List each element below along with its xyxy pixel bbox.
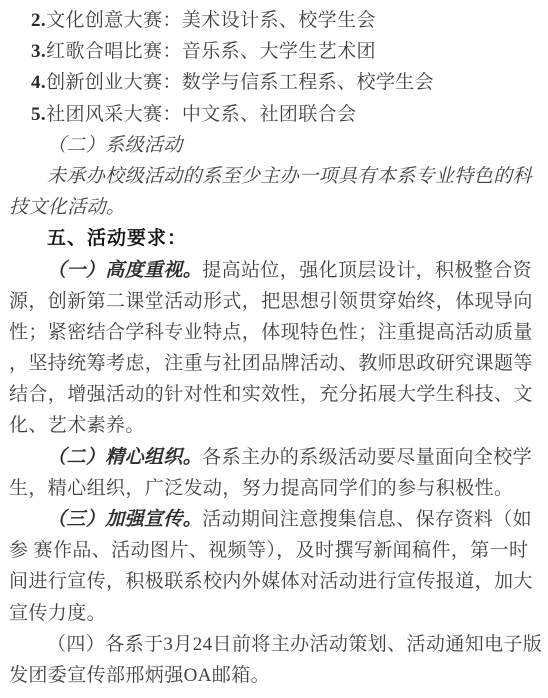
document-body: 2.文化创意大赛：美术设计系、校学生会3.红歌合唱比赛：音乐系、大学生艺术团4.… bbox=[9, 5, 542, 691]
doc-line: （二）系级活动 bbox=[9, 130, 542, 161]
text-run: 化、艺术素养。 bbox=[9, 415, 145, 436]
doc-line: （四）各系于3月24日前将主办活动策划、活动通知电子版 bbox=[9, 629, 542, 660]
text-run: 4. bbox=[31, 72, 46, 93]
text-run: 文化创意大赛：美术设计系、校学生会 bbox=[46, 10, 376, 31]
doc-line: 生，精心组织，广泛发动，努力提高同学们的参与积极性。 bbox=[9, 473, 542, 504]
doc-line: 参 赛作品、活动图片、视频等），及时撰写新闻稿件，第一时 bbox=[9, 535, 542, 566]
doc-line: （二）精心组织。各系主办的系级活动要尽量面向全校学 bbox=[9, 442, 542, 473]
doc-line: 5.社团风采大赛：中文系、社团联合会 bbox=[9, 99, 542, 130]
doc-line: 技文化活动。 bbox=[9, 192, 542, 223]
text-run: 未承办校级活动的系至少主办一项具有本系专业特色的科 bbox=[47, 166, 532, 187]
text-run: （四）各系于 bbox=[47, 634, 163, 655]
doc-line: ，坚持统筹考虑，注重与社团品牌活动、教师思政研究课题等 bbox=[9, 348, 542, 379]
document-page: 2.文化创意大赛：美术设计系、校学生会3.红歌合唱比赛：音乐系、大学生艺术团4.… bbox=[0, 0, 548, 698]
text-run: 发团委宣传部邢炳强 bbox=[9, 665, 184, 686]
text-run: 宣传力度。 bbox=[9, 603, 106, 624]
doc-line: 性；紧密结合学科专业特点，体现特色性；注重提高活动质量 bbox=[9, 317, 542, 348]
doc-line: 未承办校级活动的系至少主办一项具有本系专业特色的科 bbox=[9, 161, 542, 192]
doc-line: 结合，增强活动的针对性和实效性，充分拓展大学生科技、文 bbox=[9, 379, 542, 410]
text-run: 技文化活动。 bbox=[9, 197, 125, 218]
text-run: 各系主办的系级活动要尽量面向全校学 bbox=[202, 447, 532, 468]
doc-line: （一）高度重视。提高站位，强化顶层设计，积极整合资 bbox=[9, 255, 542, 286]
doc-line: 3.红歌合唱比赛：音乐系、大学生艺术团 bbox=[9, 36, 542, 67]
text-run: 社团风采大赛：中文系、社团联合会 bbox=[46, 104, 356, 125]
text-run: 3. bbox=[31, 41, 46, 62]
text-run: 参 赛作品、活动图片、视频等），及时撰写新闻稿件，第一时 bbox=[9, 540, 528, 561]
doc-line: 宣传力度。 bbox=[9, 598, 542, 629]
doc-line: 化、艺术素养。 bbox=[9, 410, 542, 441]
text-run: 日前将主办活动策划、活动通知电子版 bbox=[213, 634, 543, 655]
text-run: 月 bbox=[173, 634, 192, 655]
text-run: 生，精心组织，广泛发动，努力提高同学们的参与积极性。 bbox=[9, 478, 513, 499]
text-run: 2. bbox=[31, 10, 46, 31]
text-run: 邮箱。 bbox=[212, 665, 270, 686]
doc-line: 间进行宣传，积极联系校内外媒体对活动进行宣传报道，加大 bbox=[9, 566, 542, 597]
text-run: 红歌合唱比赛：音乐系、大学生艺术团 bbox=[46, 41, 376, 62]
text-run: 源，创新第二课堂活动形式，把思想引领贯穿始终，体现导向 bbox=[9, 291, 533, 312]
text-run: （三）加强宣传。 bbox=[47, 509, 202, 530]
doc-line: 源，创新第二课堂活动形式，把思想引领贯穿始终，体现导向 bbox=[9, 286, 542, 317]
doc-line: 4.创新创业大赛：数学与信系工程系、校学生会 bbox=[9, 67, 542, 98]
text-run: 间进行宣传，积极联系校内外媒体对活动进行宣传报道，加大 bbox=[9, 571, 533, 592]
text-run: 结合，增强活动的针对性和实效性，充分拓展大学生科技、文 bbox=[9, 384, 533, 405]
doc-line: 2.文化创意大赛：美术设计系、校学生会 bbox=[9, 5, 542, 36]
text-run: （二）精心组织。 bbox=[47, 447, 202, 468]
text-run: 性；紧密结合学科专业特点，体现特色性；注重提高活动质量 bbox=[9, 322, 533, 343]
text-run: 五、活动要求： bbox=[47, 228, 187, 249]
doc-line: 五、活动要求： bbox=[9, 223, 542, 254]
text-run: （一）高度重视。 bbox=[47, 260, 202, 281]
text-run: 5. bbox=[31, 104, 46, 125]
text-run: 创新创业大赛：数学与信系工程系、校学生会 bbox=[46, 72, 434, 93]
text-run: 提高站位，强化顶层设计，积极整合资 bbox=[202, 260, 532, 281]
text-run: ，坚持统筹考虑，注重与社团品牌活动、教师思政研究课题等 bbox=[9, 353, 533, 374]
text-run: 24 bbox=[193, 634, 213, 655]
doc-line: 发团委宣传部邢炳强OA邮箱。 bbox=[9, 660, 542, 691]
text-run: 活动期间注意搜集信息、保存资料（如 bbox=[202, 509, 532, 530]
text-run: 3 bbox=[163, 634, 173, 655]
doc-line: （三）加强宣传。活动期间注意搜集信息、保存资料（如 bbox=[9, 504, 542, 535]
text-run: OA bbox=[184, 665, 212, 686]
text-run: （二）系级活动 bbox=[47, 135, 183, 156]
